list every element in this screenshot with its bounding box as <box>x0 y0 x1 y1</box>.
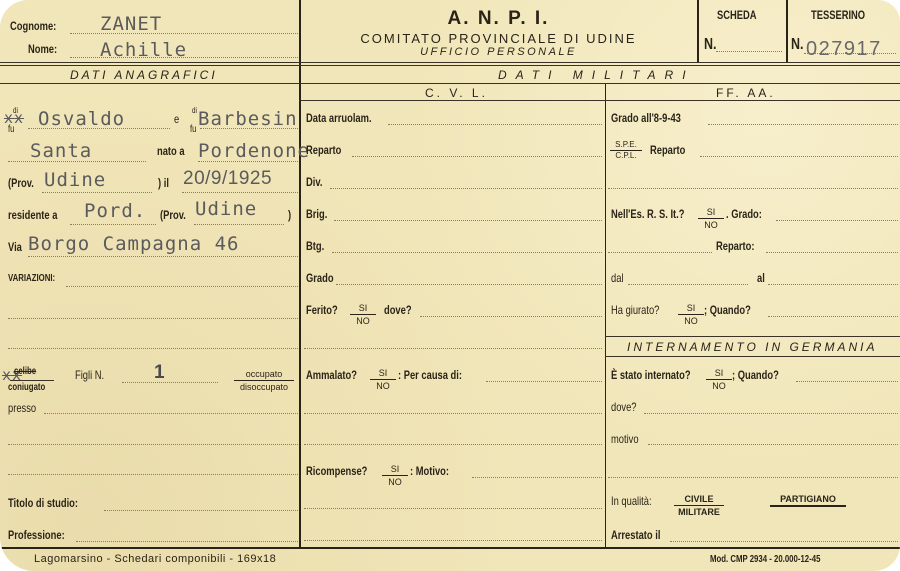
rule-sections <box>0 83 900 84</box>
scheda-label: SCHEDA <box>717 8 757 22</box>
via-label: Via <box>8 240 22 254</box>
presso-field-3[interactable] <box>8 474 298 475</box>
rule-intern-top <box>605 336 900 337</box>
variazioni-field-3[interactable] <box>8 348 298 349</box>
variazioni-field-2[interactable] <box>8 318 298 319</box>
professione-field[interactable] <box>76 541 298 542</box>
ammalato-si-no[interactable]: SI NO <box>370 367 396 392</box>
footer-printer: Lagomarsino - Schedari componibili - 169… <box>34 553 276 565</box>
res-prov-close: ) <box>288 208 291 222</box>
birthdate-field[interactable] <box>182 192 298 193</box>
civile-label: CIVILE <box>674 493 724 506</box>
civile-militare[interactable]: CIVILE MILITARE <box>674 493 724 518</box>
grado-8943-field[interactable] <box>708 124 898 125</box>
internato-si-no[interactable]: SI NO <box>706 367 732 392</box>
intern-motivo-field-2[interactable] <box>608 477 898 478</box>
ferito-dove-label: dove? <box>384 303 412 317</box>
cpl-label: C.P.L. <box>610 151 642 161</box>
giurato-quando-field[interactable] <box>768 316 898 317</box>
coniugato-label: coniugato <box>8 382 45 393</box>
scheda-field[interactable] <box>716 51 782 52</box>
no-option: NO <box>678 315 704 327</box>
occupato-disoccupato[interactable]: occupato disoccupato <box>234 368 294 393</box>
causa-field-3[interactable] <box>304 444 602 445</box>
ferito-field-2[interactable] <box>304 348 602 349</box>
militare-label: MILITARE <box>674 506 724 518</box>
motivo-field[interactable] <box>472 477 602 478</box>
no-option: NO <box>350 315 376 327</box>
presso-field-2[interactable] <box>8 444 298 445</box>
ammalato-label: Ammalato? <box>306 368 357 382</box>
rule-header-bottom <box>0 62 900 63</box>
birth-prov-value: Udine <box>44 169 106 191</box>
brig-field[interactable] <box>334 220 602 221</box>
internato-quando-label: ; Quando? <box>732 368 779 382</box>
tesserino-label: TESSERINO <box>811 8 865 22</box>
figli-field[interactable] <box>122 382 218 383</box>
celibe-coniugato-rule <box>10 380 54 381</box>
intern-motivo-label: motivo <box>611 432 639 446</box>
arrestato-label: Arrestato il <box>611 528 660 542</box>
section-cvl: C. V. L. <box>425 86 488 100</box>
causa-label: : Per causa di: <box>398 368 462 382</box>
al-field[interactable] <box>768 284 898 285</box>
rsi-si-no[interactable]: SI NO <box>698 206 724 231</box>
professione-label: Professione: <box>8 528 65 542</box>
ferito-dove-field[interactable] <box>420 316 602 317</box>
ricompense-label: Ricompense? <box>306 464 367 478</box>
divider-cvl-ffaa <box>605 83 606 548</box>
mother-firstname-value: Santa <box>30 140 92 162</box>
residence-field[interactable] <box>70 224 156 225</box>
org-office: UFFICIO PERSONALE <box>300 46 697 58</box>
footer-model: Mod. CMP 2934 - 20.000-12-45 <box>710 554 820 565</box>
org-title: A. N. P. I. <box>300 8 697 30</box>
celibe-label: celibe <box>14 366 36 377</box>
spe-label: S.P.E. <box>610 140 642 151</box>
cvl-reparto-field[interactable] <box>352 156 602 157</box>
motivo-field-3[interactable] <box>304 540 602 541</box>
ferito-si-no[interactable]: SI NO <box>350 302 376 327</box>
mother-value: Barbesin <box>198 108 298 130</box>
rule-intern-bottom <box>605 356 900 357</box>
motivo-field-2[interactable] <box>304 508 602 509</box>
no-option: NO <box>370 380 396 392</box>
via-field[interactable] <box>28 256 298 257</box>
motivo-label: : Motivo: <box>410 464 449 478</box>
giurato-si-no[interactable]: SI NO <box>678 302 704 327</box>
mother-prefix-fu: fu <box>190 124 197 135</box>
disoccupato-label: disoccupato <box>234 381 294 393</box>
rule-subsections <box>299 100 900 101</box>
cvl-reparto-label: Reparto <box>306 143 341 157</box>
internato-label: È stato internato? <box>611 368 691 382</box>
btg-field[interactable] <box>332 252 602 253</box>
rsi-reparto-label: Reparto: <box>716 239 754 253</box>
titolo-studio-label: Titolo di studio: <box>8 496 78 510</box>
giurato-quando-label: ; Quando? <box>704 303 751 317</box>
anpi-personnel-card: Cognome: ZANET Nome: Achille A. N. P. I.… <box>0 0 900 571</box>
rsi-reparto-field-left[interactable] <box>608 252 712 253</box>
father-value: Osvaldo <box>38 108 125 130</box>
internato-quando-field[interactable] <box>796 381 898 382</box>
org-subtitle: COMITATO PROVINCIALE DI UDINE <box>300 31 697 46</box>
birthplace-value: Pordenone <box>198 140 310 162</box>
ffaa-reparto-field-2[interactable] <box>608 188 898 189</box>
birth-prov-field[interactable] <box>42 192 152 193</box>
presso-label: presso <box>8 401 36 415</box>
btg-label: Btg. <box>306 239 324 253</box>
tesserino-n-label: N. <box>791 36 803 54</box>
partigiano-label: PARTIGIANO <box>770 493 846 507</box>
nome-value: Achille <box>100 39 187 61</box>
residence-value: Pord. <box>84 200 146 222</box>
res-prov-field[interactable] <box>194 224 284 225</box>
titolo-studio-field[interactable] <box>104 510 298 511</box>
grado-8943-label: Grado all'8-9-43 <box>611 111 681 125</box>
cvl-grado-field[interactable] <box>336 284 602 285</box>
figli-value: 1 <box>154 362 166 384</box>
father-prefix-di: di <box>13 106 18 115</box>
figli-label: Figli N. <box>75 368 104 382</box>
si-option: SI <box>370 367 396 380</box>
mother-prefix-di: di <box>192 106 197 115</box>
birthdate-label: ) il <box>158 176 169 190</box>
res-prov-value: Udine <box>195 198 257 220</box>
residente-label: residente a <box>8 208 57 222</box>
ricompense-si-no[interactable]: SI NO <box>382 463 408 488</box>
al-label: al <box>757 271 765 285</box>
cvl-grado-label: Grado <box>306 271 334 285</box>
scheda-n-label: N. <box>704 36 716 54</box>
rsi-grado-field[interactable] <box>776 220 898 221</box>
rsi-label: Nell'Es. R. S. It.? <box>611 207 684 221</box>
section-dati-anagrafici: DATI ANAGRAFICI <box>70 68 218 82</box>
tesserino-value: 027917 <box>806 38 882 61</box>
si-option: SI <box>382 463 408 476</box>
variazioni-field-1[interactable] <box>66 286 298 287</box>
birth-prov-label: (Prov. <box>8 176 34 190</box>
rule-header-bottom2 <box>0 65 900 66</box>
nome-label: Nome: <box>28 42 57 56</box>
section-dati-militari: DATI MILITARI <box>498 68 695 82</box>
rsi-reparto-field[interactable] <box>766 252 898 253</box>
divider-header-scheda <box>697 0 699 62</box>
ffaa-reparto-label: Reparto <box>650 143 685 157</box>
brig-label: Brig. <box>306 207 327 221</box>
and-label: e <box>174 112 179 126</box>
no-option: NO <box>382 476 408 488</box>
cognome-value: ZANET <box>100 13 162 35</box>
dal-field[interactable] <box>628 284 748 285</box>
no-option: NO <box>698 219 724 231</box>
intern-dove-label: dove? <box>611 400 637 414</box>
causa-field-2[interactable] <box>304 413 602 414</box>
rule-footer <box>0 547 900 549</box>
arrestato-field[interactable] <box>670 541 898 542</box>
intern-motivo-field[interactable] <box>648 444 898 445</box>
res-prov-label: (Prov. <box>160 208 186 222</box>
si-option: SI <box>698 206 724 219</box>
rsi-grado-label: . Grado: <box>726 207 762 221</box>
presso-field-1[interactable] <box>44 413 298 414</box>
father-prefix-fu: fu <box>8 124 15 135</box>
spe-cpl[interactable]: S.P.E. C.P.L. <box>610 140 642 161</box>
birthdate-value: 20/9/1925 <box>183 168 272 190</box>
si-option: SI <box>678 302 704 315</box>
partigiano-option[interactable]: PARTIGIANO <box>770 493 846 507</box>
ffaa-reparto-field[interactable] <box>700 156 898 157</box>
cognome-label: Cognome: <box>10 19 56 33</box>
si-option: SI <box>350 302 376 315</box>
div-label: Div. <box>306 175 322 189</box>
intern-dove-field[interactable] <box>644 413 898 414</box>
div-field[interactable] <box>330 188 602 189</box>
variazioni-label: VARIAZIONI: <box>8 273 55 284</box>
giurato-label: Ha giurato? <box>611 303 659 317</box>
org-header: A. N. P. I. COMITATO PROVINCIALE DI UDIN… <box>300 8 697 58</box>
nato-label: nato a <box>157 144 185 158</box>
si-option: SI <box>706 367 732 380</box>
qualita-label: In qualità: <box>611 494 652 508</box>
section-ffaa: FF. AA. <box>716 86 776 100</box>
ferito-label: Ferito? <box>306 303 338 317</box>
section-internamento: INTERNAMENTO IN GERMANIA <box>627 340 877 354</box>
causa-field[interactable] <box>486 381 602 382</box>
data-arruolam-label: Data arruolam. <box>306 111 372 125</box>
via-value: Borgo Campagna 46 <box>28 233 239 255</box>
dal-label: dal <box>611 271 623 285</box>
occupato-label: occupato <box>234 368 294 381</box>
no-option: NO <box>706 380 732 392</box>
divider-header-tesserino <box>786 0 788 62</box>
data-arruolam-field[interactable] <box>388 124 602 125</box>
